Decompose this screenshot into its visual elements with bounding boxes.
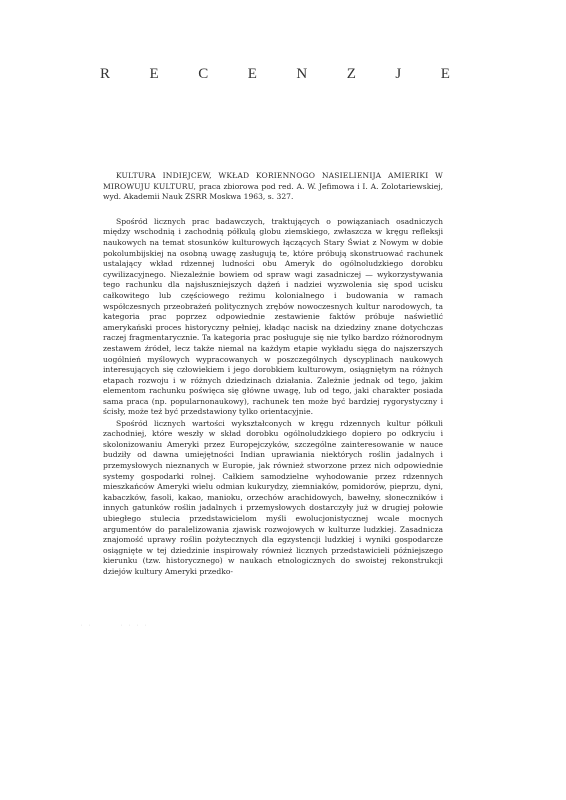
heading-letter: Z: [347, 66, 356, 83]
section-heading-recenzje: R E C E N Z J E: [100, 66, 450, 83]
review-paragraph: Spośród licznych wartości wykształconych…: [103, 419, 443, 578]
review-paragraph: Spośród licznych prac badawczych, traktu…: [103, 217, 443, 418]
heading-letter: E: [248, 66, 257, 83]
book-citation: KULTURA INDIEJCEW, WKŁAD KORIENNOGO NASI…: [103, 171, 443, 203]
heading-letter: C: [198, 66, 208, 83]
heading-letter: E: [150, 66, 159, 83]
scan-mark: · · · ·: [120, 623, 148, 629]
scan-mark: · ·: [80, 623, 92, 629]
review-article: KULTURA INDIEJCEW, WKŁAD KORIENNOGO NASI…: [103, 171, 443, 577]
scan-artifact-marks: · ·· · · ·: [80, 623, 148, 629]
heading-letter: N: [296, 66, 307, 83]
heading-letter: J: [395, 66, 401, 83]
heading-letter: R: [100, 66, 110, 83]
document-page: R E C E N Z J E KULTURA INDIEJCEW, WKŁAD…: [0, 0, 566, 800]
heading-letter: E: [441, 66, 450, 83]
